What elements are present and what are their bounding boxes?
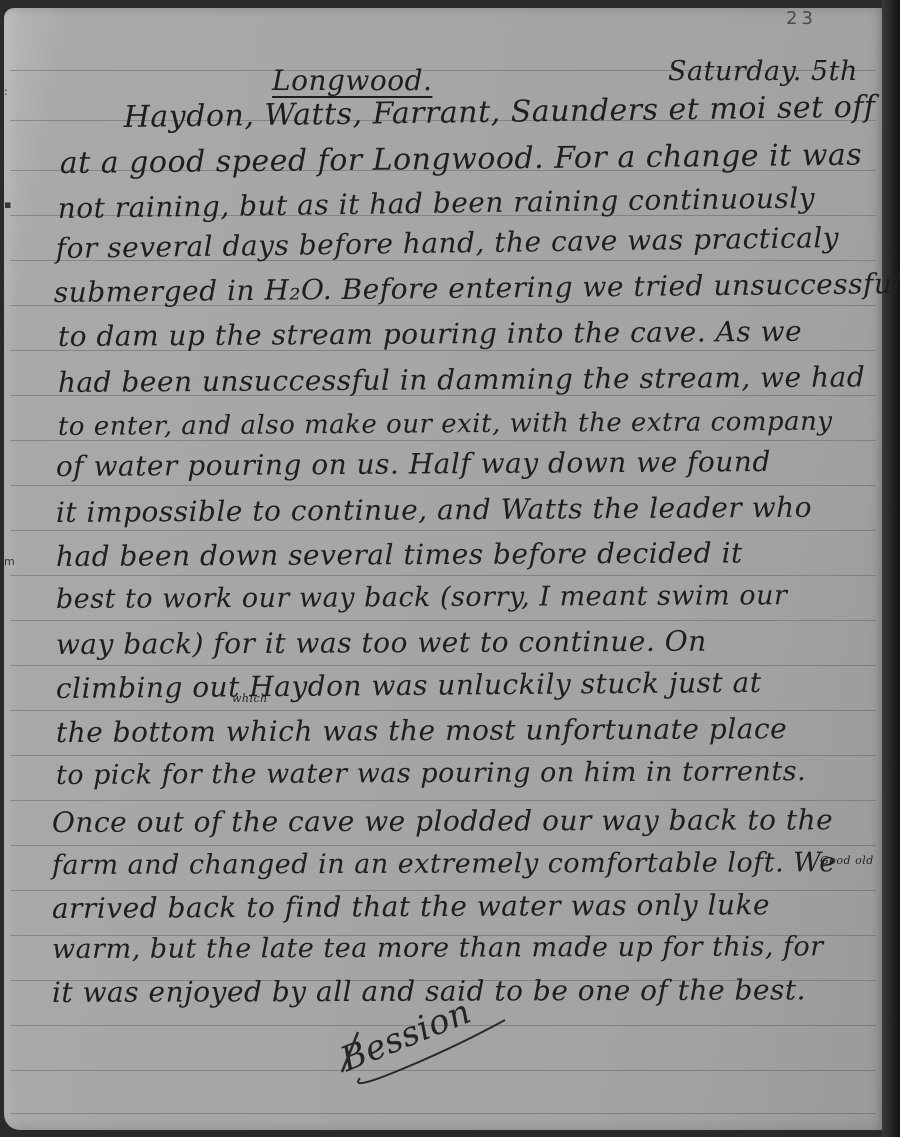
notebook-binding [882,0,900,1137]
text-line: farm and changed in an extremely comfort… [52,847,836,881]
text-line: way back) for it was too wet to continue… [56,625,707,661]
text-line: had been unsuccessful in damming the str… [58,360,866,399]
correction-insert: which [232,692,268,705]
signature-flourish [330,1000,530,1090]
ruled-line [10,530,876,531]
text-line: climbing out Haydon was unluckily stuck … [56,666,762,705]
margin-mark: : [4,85,8,98]
text-line: it impossible to continue, and Watts the… [56,491,812,529]
text-line: warm, but the late tea more than made up… [52,931,824,965]
ruled-line [10,485,876,486]
ruled-line [10,845,876,846]
text-line: of water pouring on us. Half way down we… [56,445,771,483]
entry-date: Saturday. 5th [668,56,858,87]
text-line: to dam up the stream pouring into the ca… [58,315,802,353]
margin-mark: ▪ [4,198,11,211]
text-line: best to work our way back (sorry, I mean… [56,580,788,615]
text-line: to enter, and also make our exit, with t… [58,407,833,442]
ruled-line [10,575,876,576]
ruled-line [10,710,876,711]
page-number: 23 [786,8,817,29]
margin-insert: Good old [820,854,874,867]
text-line: Once out of the cave we plodded our way … [52,803,833,839]
margin-mark: m [4,555,15,568]
text-line: had been down several times before decid… [56,536,743,573]
ruled-line [10,620,876,621]
text-line: to pick for the water was pouring on him… [56,756,806,791]
ruled-line [10,800,876,801]
text-line: arrived back to find that the water was … [52,888,770,925]
ruled-line [10,1113,876,1114]
text-line: the bottom which was the most unfortunat… [56,712,787,749]
page-title: Longwood. [272,64,432,97]
